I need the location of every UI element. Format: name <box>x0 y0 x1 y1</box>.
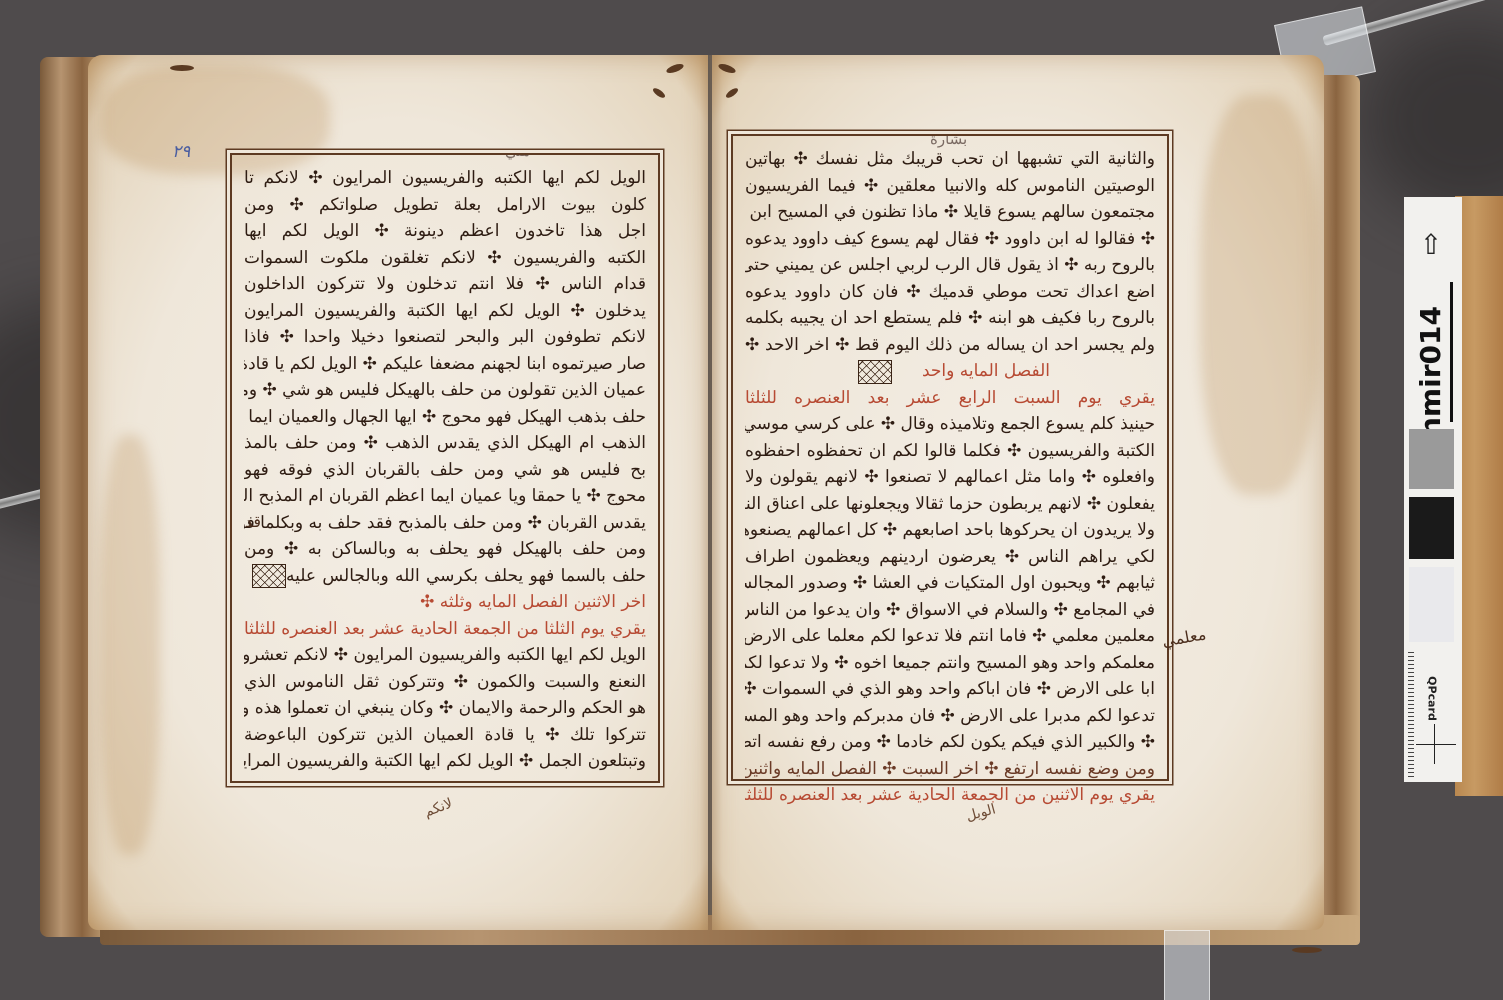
water-stain <box>100 435 160 855</box>
card-brand-label: QPcard <box>1426 667 1439 731</box>
text-line: ✣ والكبير الذي فيكم يكون لكم خادما ✣ ومن… <box>745 729 1155 756</box>
text-line: محوج ✣ يا حمقا ويا عميان ايما اعظم القرب… <box>244 483 646 510</box>
text-line: كلون بيوت الارامل بعلة تطويل صلواتكم ✣ و… <box>244 192 646 219</box>
text-line: اضع اعداك تحت موطي قدميك ✣ فان كان داوود… <box>745 279 1155 306</box>
text-line: الويل لكم ايها الكتبه والفريسيون المرايو… <box>244 642 646 669</box>
text-line: لكي يراهم الناس ✣ يعرضون اردينهم ويعظمون… <box>745 544 1155 571</box>
text-line: والثانية التي تشبهها ان تحب قريبك مثل نف… <box>745 146 1155 173</box>
water-stain <box>1200 95 1320 495</box>
white-swatch <box>1409 567 1454 642</box>
gutter <box>700 55 722 930</box>
right-text-frame: والثانية التي تشبهها ان تحب قريبك مثل نف… <box>731 134 1169 781</box>
worm-hole <box>1292 947 1322 953</box>
text-line: وافعلوه ✣ واما مثل اعمالهم لا تصنعوا ✣ ل… <box>745 464 1155 491</box>
text-line: تدعوا لكم مدبرا على الارض ✣ فان مدبركم و… <box>745 703 1155 730</box>
left-margin-note: قد <box>245 512 261 531</box>
rubric-line-with-ornament: الفصل المايه واحد <box>745 358 1155 385</box>
rubric-line: يقري يوم السبت الرابع عشر بعد العنصره لل… <box>745 385 1155 412</box>
text-line: معلمين معلمي ✣ فاما انتم فلا تدعوا لكم م… <box>745 623 1155 650</box>
rubric-line: اخر الاثنين الفصل المايه وثلثه ✣ <box>244 589 646 616</box>
background-shadow <box>1360 20 1503 220</box>
text-line: بالروح ربه ✣ اذ يقول قال الرب لربي اجلس … <box>745 252 1155 279</box>
card-board <box>1455 196 1503 796</box>
text-line: يفعلون ✣ لانهم يربطون حزما ثقالا ويجعلون… <box>745 491 1155 518</box>
text-line: بالروح ربا فكيف هو ابنه ✣ فلم يستطع احد … <box>745 305 1155 332</box>
text-line: لانكم تطوفون البر والبحر لتصنعوا دخيلا و… <box>244 324 646 351</box>
grey-swatch <box>1409 429 1454 489</box>
text-line: حلف بذهب الهيكل فهو محوج ✣ ايها الجهال و… <box>244 404 646 431</box>
left-text-frame: الويل لكم ايها الكتبه والفريسيون المرايو… <box>230 153 660 783</box>
text-line: ومن حلف بالهيكل فهو يحلف به وبالساكن به … <box>244 536 646 563</box>
text-line-mixed: ومن وضع نفسه ارتفع ✣ اخر السبت ✣ الفصل ا… <box>745 756 1155 783</box>
text-line: قدام الناس ✣ فلا انتم تدخلون ولا تتركون … <box>244 271 646 298</box>
text-line: بح فليس هو شي ومن حلف بالقربان الذي فوقه… <box>244 457 646 484</box>
text-line: ابا على الارض ✣ فان اباكم واحد وهو الذي … <box>745 676 1155 703</box>
text-line: اجل هذا تاخدون اعظم دينونة ✣ الويل لكم ا… <box>244 218 646 245</box>
text-line: الوصيتين الناموس كله والانبيا معلقين ✣ ف… <box>745 173 1155 200</box>
rubric-line: يقري يوم الاثنين من الجمعة الحادية عشر ب… <box>745 782 1155 809</box>
text-line: في المجامع ✣ والسلام في الاسواق ✣ وان يد… <box>745 597 1155 624</box>
text-span: حلف بالسما فهو يحلف بكرسي الله وبالجالس … <box>286 566 646 586</box>
text-line: يدخلون ✣ الويل لكم ايها الكتبة والفريسيو… <box>244 298 646 325</box>
text-line: يقدس القربان ✣ ومن حلف بالمذبح فقد حلف ب… <box>244 510 646 537</box>
text-line: ولا يريدون ان يحركوها باحد اصابعهم ✣ كل … <box>745 517 1155 544</box>
text-line: الويل لكم ايها الكتبه والفريسيون المرايو… <box>244 165 646 192</box>
text-line: الكتبه والفريسيون ✣ لانكم تغلقون ملكوت ا… <box>244 245 646 272</box>
folio-number: ٢٩ <box>172 142 190 162</box>
text-line: هو الحكم والرحمة والايمان ✣ وكان ينبغي ا… <box>244 695 646 722</box>
text-line: وتبتلعون الجمل ✣ الويل لكم ايها الكتبة و… <box>244 748 646 775</box>
scale-ruler <box>1408 652 1414 777</box>
ornament-icon <box>858 360 892 384</box>
text-line: صار صيرتموه ابنا لجهنم مضعفا عليكم ✣ الو… <box>244 351 646 378</box>
reference-card: ⇧ hmir014 QPcard <box>1404 197 1462 782</box>
text-line: ولم يجسر احد ان يساله من ذلك اليوم قط ✣ … <box>745 332 1155 359</box>
text-line: ✣ فقالوا له ابن داوود ✣ فقال لهم يسوع كي… <box>745 226 1155 253</box>
rubric-line: يقري يوم الثلثا من الجمعة الحادية عشر بع… <box>244 616 646 643</box>
left-text-lines: الويل لكم ايها الكتبه والفريسيون المرايو… <box>244 165 646 775</box>
crosshair-icon <box>1416 744 1456 745</box>
text-line: الكتبة والفريسيون ✣ فكلما قالوا لكم ان ت… <box>745 438 1155 465</box>
text-line: عميان الذين تقولون من حلف بالهيكل فليس ه… <box>244 377 646 404</box>
text-line: الذهب ام الهيكل الذي يقدس الذهب ✣ ومن حل… <box>244 430 646 457</box>
text-line: حينيذ كلم يسوع الجمع وتلاميذه وقال ✣ على… <box>745 411 1155 438</box>
worm-hole <box>170 65 194 71</box>
clip-tab-bottom <box>1164 930 1210 1000</box>
right-text-lines: والثانية التي تشبهها ان تحب قريبك مثل نف… <box>745 146 1155 809</box>
text-line: ثيابهم ✣ ويحبون اول المتكيات في العشا ✣ … <box>745 570 1155 597</box>
ornament-icon <box>252 564 286 588</box>
up-arrow-icon: ⇧ <box>1412 225 1450 265</box>
text-line: مجتمعون سالهم يسوع قايلا ✣ ماذا تظنون في… <box>745 199 1155 226</box>
black-swatch <box>1409 497 1454 559</box>
text-line-with-ornament: حلف بالسما فهو يحلف بكرسي الله وبالجالس … <box>244 563 646 590</box>
text-line: تتركوا تلك ✣ يا قادة العميان الذين تتركو… <box>244 722 646 749</box>
text-span: الفصل المايه واحد <box>922 361 1050 381</box>
text-line: معلمكم واحد وهو المسيح وانتم جميعا اخوه … <box>745 650 1155 677</box>
image-code-label: hmir014 <box>1411 307 1451 437</box>
text-line: النعنع والسبت والكمون ✣ وتتركون ثقل النا… <box>244 669 646 696</box>
